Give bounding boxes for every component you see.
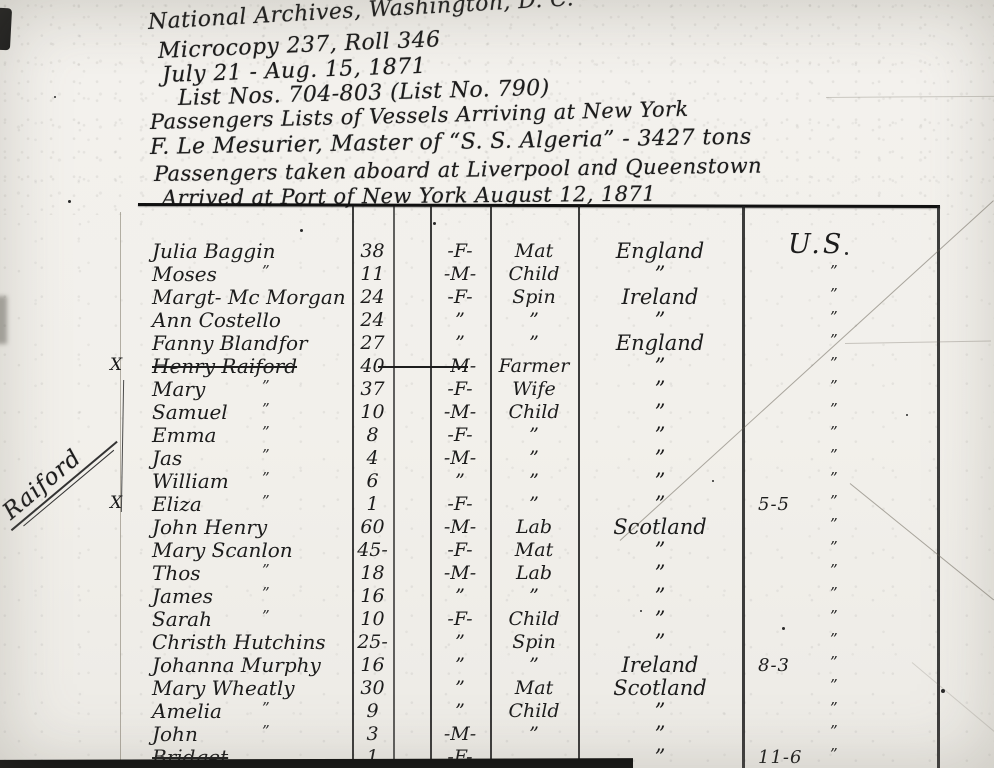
table-row: John Henry 60 -M- Lab Scotland ”: [140, 516, 940, 539]
cell-age: 4: [352, 447, 393, 470]
cell-sex: -M-: [430, 723, 490, 746]
cell-name: Mary Scanlon: [140, 539, 352, 562]
annotation-ditto-mark: ”: [830, 283, 838, 306]
cell-country: ”: [578, 723, 742, 746]
cell-name: X Eliza ”: [140, 493, 352, 516]
name-ditto-mark: ”: [262, 467, 270, 490]
cell-sex: -F-: [430, 493, 490, 516]
table-row: Margt- Mc Morgan 24 -F- Spin Ireland ”: [140, 286, 940, 309]
cell-occupation: ”: [490, 470, 578, 493]
cell-age: 9: [352, 700, 393, 723]
cell-age: 40: [352, 355, 393, 378]
cell-age: 24: [352, 286, 393, 309]
cell-sex: -F-: [430, 424, 490, 447]
scanned-document: National Archives, Washington, D. C. - M…: [0, 0, 994, 768]
table-row: X Eliza ” 1 -F- ” ” 5-5 ”: [140, 493, 940, 516]
cell-name: James ”: [140, 585, 352, 608]
cell-name: Emma ”: [140, 424, 352, 447]
passenger-name: Amelia: [152, 699, 222, 723]
cell-annotation: ”: [742, 516, 937, 539]
cell-country: ”: [578, 263, 742, 286]
cell-occupation: ”: [490, 493, 578, 516]
annotation-number: 5-5: [758, 493, 790, 516]
cell-occupation: Lab: [490, 516, 578, 539]
passenger-name: Samuel: [152, 400, 228, 424]
cell-age: 25-: [352, 631, 393, 654]
cell-name: Christh Hutchins: [140, 631, 352, 654]
cell-country: Scotland: [578, 516, 742, 539]
passenger-name: Ann Costello: [152, 308, 281, 332]
passenger-name: Thos: [152, 561, 201, 585]
name-ditto-mark: ”: [262, 490, 270, 513]
table-row: Moses ” 11 -M- Child ” ”: [140, 263, 940, 286]
cell-country: ”: [578, 470, 742, 493]
cell-age: 45-: [352, 539, 393, 562]
cell-age: 6: [352, 470, 393, 493]
annotation-ditto-mark: ”: [830, 605, 838, 628]
cell-name: Julia Baggin: [140, 240, 352, 263]
cell-occupation: ”: [490, 309, 578, 332]
table-row: Johanna Murphy 16 ” ” Ireland 8-3 ”: [140, 654, 940, 677]
cell-annotation: ”: [742, 309, 937, 332]
passenger-name: Henry Raiford: [152, 354, 297, 378]
cell-occupation: ”: [490, 447, 578, 470]
cell-country: ”: [578, 309, 742, 332]
cell-age: 37: [352, 378, 393, 401]
passenger-name: Mary: [152, 377, 205, 401]
cell-age: 1: [352, 493, 393, 516]
cell-country: ”: [578, 424, 742, 447]
cell-annotation: ”: [742, 585, 937, 608]
name-ditto-mark: ”: [262, 444, 270, 467]
cell-age: 11: [352, 263, 393, 286]
cell-annotation: ”: [742, 263, 937, 286]
table-row: Fanny Blandfor 27 ” ” England ”: [140, 332, 940, 355]
passenger-name: Julia Baggin: [152, 239, 275, 263]
cell-annotation: ”: [742, 355, 937, 378]
table-row: Amelia ” 9 ” Child ” ”: [140, 700, 940, 723]
cell-annotation: ”: [742, 723, 937, 746]
cell-age: 10: [352, 608, 393, 631]
cell-name: Fanny Blandfor: [140, 332, 352, 355]
cell-name: Mary ”: [140, 378, 352, 401]
scan-speck: [68, 200, 71, 203]
cell-annotation: U.S: [742, 240, 937, 263]
name-ditto-mark: ”: [262, 697, 270, 720]
passenger-name: Sarah: [152, 607, 212, 631]
table-row: Samuel ” 10 -M- Child ” ”: [140, 401, 940, 424]
cell-country: ”: [578, 608, 742, 631]
cell-occupation: Child: [490, 263, 578, 286]
scan-speck: [845, 252, 848, 255]
cell-annotation: ”: [742, 401, 937, 424]
cell-occupation: Spin: [490, 286, 578, 309]
table-row: Mary Wheatly 30 ” Mat Scotland ”: [140, 677, 940, 700]
table-row: Ann Costello 24 ” ” ” ”: [140, 309, 940, 332]
cell-name: Jas ”: [140, 447, 352, 470]
cell-sex: -F-: [430, 378, 490, 401]
cell-age: 27: [352, 332, 393, 355]
cell-age: 60: [352, 516, 393, 539]
name-ditto-mark: ”: [262, 582, 270, 605]
cell-sex: -F-: [430, 286, 490, 309]
cell-country: ”: [578, 539, 742, 562]
cell-occupation: Child: [490, 608, 578, 631]
scan-speck: [300, 229, 303, 232]
scan-blotch: [0, 8, 12, 51]
cell-annotation: ”: [742, 539, 937, 562]
cell-name: John ”: [140, 723, 352, 746]
table-row: Mary Scanlon 45- -F- Mat ” ”: [140, 539, 940, 562]
passenger-name: Margt- Mc Morgan: [152, 285, 346, 309]
table-row: William ” 6 ” ” ” ”: [140, 470, 940, 493]
passenger-rows: Julia Baggin 38 -F- Mat England U.S Mose…: [140, 240, 940, 768]
passenger-name: Mary Scanlon: [152, 538, 293, 562]
annotation-ditto-mark: ”: [830, 444, 838, 467]
cell-occupation: Farmer: [490, 355, 578, 378]
cell-age: 3: [352, 723, 393, 746]
cell-occupation: Lab: [490, 562, 578, 585]
cell-occupation: ”: [490, 332, 578, 355]
cell-sex: ”: [430, 631, 490, 654]
name-ditto-mark: ”: [262, 421, 270, 444]
cell-occupation: Spin: [490, 631, 578, 654]
cell-annotation: ”: [742, 332, 937, 355]
cell-age: 16: [352, 654, 393, 677]
cell-age: 30: [352, 677, 393, 700]
cell-annotation: ”: [742, 447, 937, 470]
table-row: James ” 16 ” ” ” ”: [140, 585, 940, 608]
cell-annotation: 8-3 ”: [742, 654, 937, 677]
cell-country: ”: [578, 700, 742, 723]
cell-sex: -F-: [430, 608, 490, 631]
cell-name: Sarah ”: [140, 608, 352, 631]
x-mark: X: [110, 354, 122, 377]
cell-sex: -M-: [430, 562, 490, 585]
cell-country: ”: [578, 585, 742, 608]
cell-age: 18: [352, 562, 393, 585]
name-ditto-mark: ”: [262, 398, 270, 421]
x-mark: X: [110, 492, 122, 515]
cell-country: England: [578, 240, 742, 263]
cell-name: William ”: [140, 470, 352, 493]
cell-sex: ”: [430, 332, 490, 355]
table-row: Emma ” 8 -F- ” ” ”: [140, 424, 940, 447]
annotation-ditto-mark: ”: [830, 582, 838, 605]
passenger-name: Eliza: [152, 492, 202, 516]
annotation-number: 8-3: [758, 654, 790, 677]
cell-country: England: [578, 332, 742, 355]
scan-speck: [782, 627, 785, 630]
cell-annotation: 5-5 ”: [742, 493, 937, 516]
margin-note-text: Raiford: [0, 419, 117, 529]
cell-occupation: ”: [490, 723, 578, 746]
annotation-ditto-mark: ”: [830, 674, 838, 697]
cell-country: ”: [578, 562, 742, 585]
cell-sex: -F-: [430, 240, 490, 263]
cell-name: Moses ”: [140, 263, 352, 286]
cell-name: Margt- Mc Morgan: [140, 286, 352, 309]
cell-sex: -M-: [430, 401, 490, 424]
scan-speck: [54, 96, 56, 98]
cell-annotation: ”: [742, 424, 937, 447]
cell-country: Ireland: [578, 286, 742, 309]
cell-name: John Henry: [140, 516, 352, 539]
cell-annotation: ”: [742, 378, 937, 401]
cell-sex: ”: [430, 677, 490, 700]
passenger-name: Johanna Murphy: [152, 653, 321, 677]
table-row: Thos ” 18 -M- Lab ” ”: [140, 562, 940, 585]
cell-annotation: ”: [742, 562, 937, 585]
name-ditto-mark: ”: [262, 375, 270, 398]
scan-smudge: [0, 296, 7, 344]
cell-age: 8: [352, 424, 393, 447]
passenger-name: Christh Hutchins: [152, 630, 326, 654]
table-row: Sarah ” 10 -F- Child ” ”: [140, 608, 940, 631]
cell-name: Johanna Murphy: [140, 654, 352, 677]
cell-name: Mary Wheatly: [140, 677, 352, 700]
cell-occupation: Child: [490, 700, 578, 723]
table-row: Julia Baggin 38 -F- Mat England U.S: [140, 240, 940, 263]
cell-sex: ”: [430, 309, 490, 332]
cell-sex: ”: [430, 470, 490, 493]
cell-occupation: Mat: [490, 677, 578, 700]
passenger-name: William: [152, 469, 229, 493]
scan-speck: [906, 414, 908, 416]
annotation-ditto-mark: ”: [830, 651, 838, 674]
passenger-name: Mary Wheatly: [152, 676, 295, 700]
annotation-ditto-mark: ”: [830, 743, 838, 766]
passenger-name: John: [152, 722, 198, 746]
annotation-ditto-mark: ”: [830, 421, 838, 444]
name-ditto-mark: ”: [262, 559, 270, 582]
scan-speck: [712, 480, 714, 482]
cell-name: Ann Costello: [140, 309, 352, 332]
cell-sex: -M-: [430, 447, 490, 470]
cell-name: Amelia ”: [140, 700, 352, 723]
passenger-name: James: [152, 584, 213, 608]
name-ditto-mark: ”: [262, 605, 270, 628]
cell-country: ”: [578, 355, 742, 378]
cell-annotation: 11-6 ”: [742, 746, 937, 768]
cell-annotation: ”: [742, 608, 937, 631]
cell-sex: -F-: [430, 539, 490, 562]
annotation-ditto-mark: ”: [830, 559, 838, 582]
passenger-name: Moses: [152, 262, 217, 286]
annotation-ditto-mark: ”: [830, 467, 838, 490]
annotation-ditto-mark: ”: [830, 375, 838, 398]
cell-country: ”: [578, 378, 742, 401]
cell-occupation: Mat: [490, 240, 578, 263]
cell-sex: ”: [430, 585, 490, 608]
cell-country: ”: [578, 401, 742, 424]
table-row: John ” 3 -M- ” ” ”: [140, 723, 940, 746]
cell-annotation: ”: [742, 677, 937, 700]
cell-annotation: ”: [742, 700, 937, 723]
cell-age: 10: [352, 401, 393, 424]
name-ditto-mark: ”: [262, 260, 270, 283]
annotation-ditto-mark: ”: [830, 628, 838, 651]
cell-sex: -M-: [430, 355, 490, 378]
table-row: Christh Hutchins 25- ” Spin ” ”: [140, 631, 940, 654]
annotation-number: 11-6: [758, 746, 802, 768]
cell-sex: ”: [430, 700, 490, 723]
annotation-ditto-mark: ”: [830, 490, 838, 513]
annotation-ditto-mark: ”: [830, 536, 838, 559]
cell-sex: -M-: [430, 516, 490, 539]
annotation-number: U.S: [788, 233, 844, 256]
cell-name: Samuel ”: [140, 401, 352, 424]
name-ditto-mark: ”: [262, 720, 270, 743]
cell-age: 16: [352, 585, 393, 608]
cell-occupation: Mat: [490, 539, 578, 562]
scan-speck: [433, 222, 436, 225]
cell-occupation: ”: [490, 654, 578, 677]
cell-sex: ”: [430, 654, 490, 677]
column-rule: [120, 212, 121, 768]
cell-age: 38: [352, 240, 393, 263]
cell-name: Thos ”: [140, 562, 352, 585]
passenger-name: Fanny Blandfor: [152, 331, 308, 355]
cell-occupation: ”: [490, 585, 578, 608]
scan-edge-band: [0, 758, 633, 768]
annotation-ditto-mark: ”: [830, 697, 838, 720]
crease-line: [826, 96, 994, 98]
cell-annotation: ”: [742, 470, 937, 493]
annotation-ditto-mark: ”: [830, 306, 838, 329]
cell-name: X Henry Raiford: [140, 355, 352, 378]
cell-annotation: ”: [742, 286, 937, 309]
table-row: Jas ” 4 -M- ” ” ”: [140, 447, 940, 470]
cell-country: Scotland: [578, 677, 742, 700]
cell-occupation: Wife: [490, 378, 578, 401]
cell-age: 24: [352, 309, 393, 332]
margin-annotation: Raiford: [0, 419, 122, 534]
annotation-ditto-mark: ”: [830, 513, 838, 536]
table-row: Mary ” 37 -F- Wife ” ”: [140, 378, 940, 401]
cell-annotation: ”: [742, 631, 937, 654]
annotation-ditto-mark: ”: [830, 352, 838, 375]
header-line-ports: Passengers taken aboard at Liverpool and…: [154, 154, 762, 186]
cell-country: ”: [578, 631, 742, 654]
annotation-ditto-mark: ”: [830, 398, 838, 421]
passenger-name: John Henry: [152, 515, 267, 539]
scan-speck: [941, 689, 945, 693]
cell-sex: -M-: [430, 263, 490, 286]
annotation-ditto-mark: ”: [830, 260, 838, 283]
cell-country: Ireland: [578, 654, 742, 677]
scan-speck: [640, 610, 642, 612]
annotation-ditto-mark: ”: [830, 720, 838, 743]
cell-occupation: ”: [490, 424, 578, 447]
passenger-name: Emma: [152, 423, 216, 447]
cell-occupation: Child: [490, 401, 578, 424]
passenger-name: Jas: [152, 446, 182, 470]
